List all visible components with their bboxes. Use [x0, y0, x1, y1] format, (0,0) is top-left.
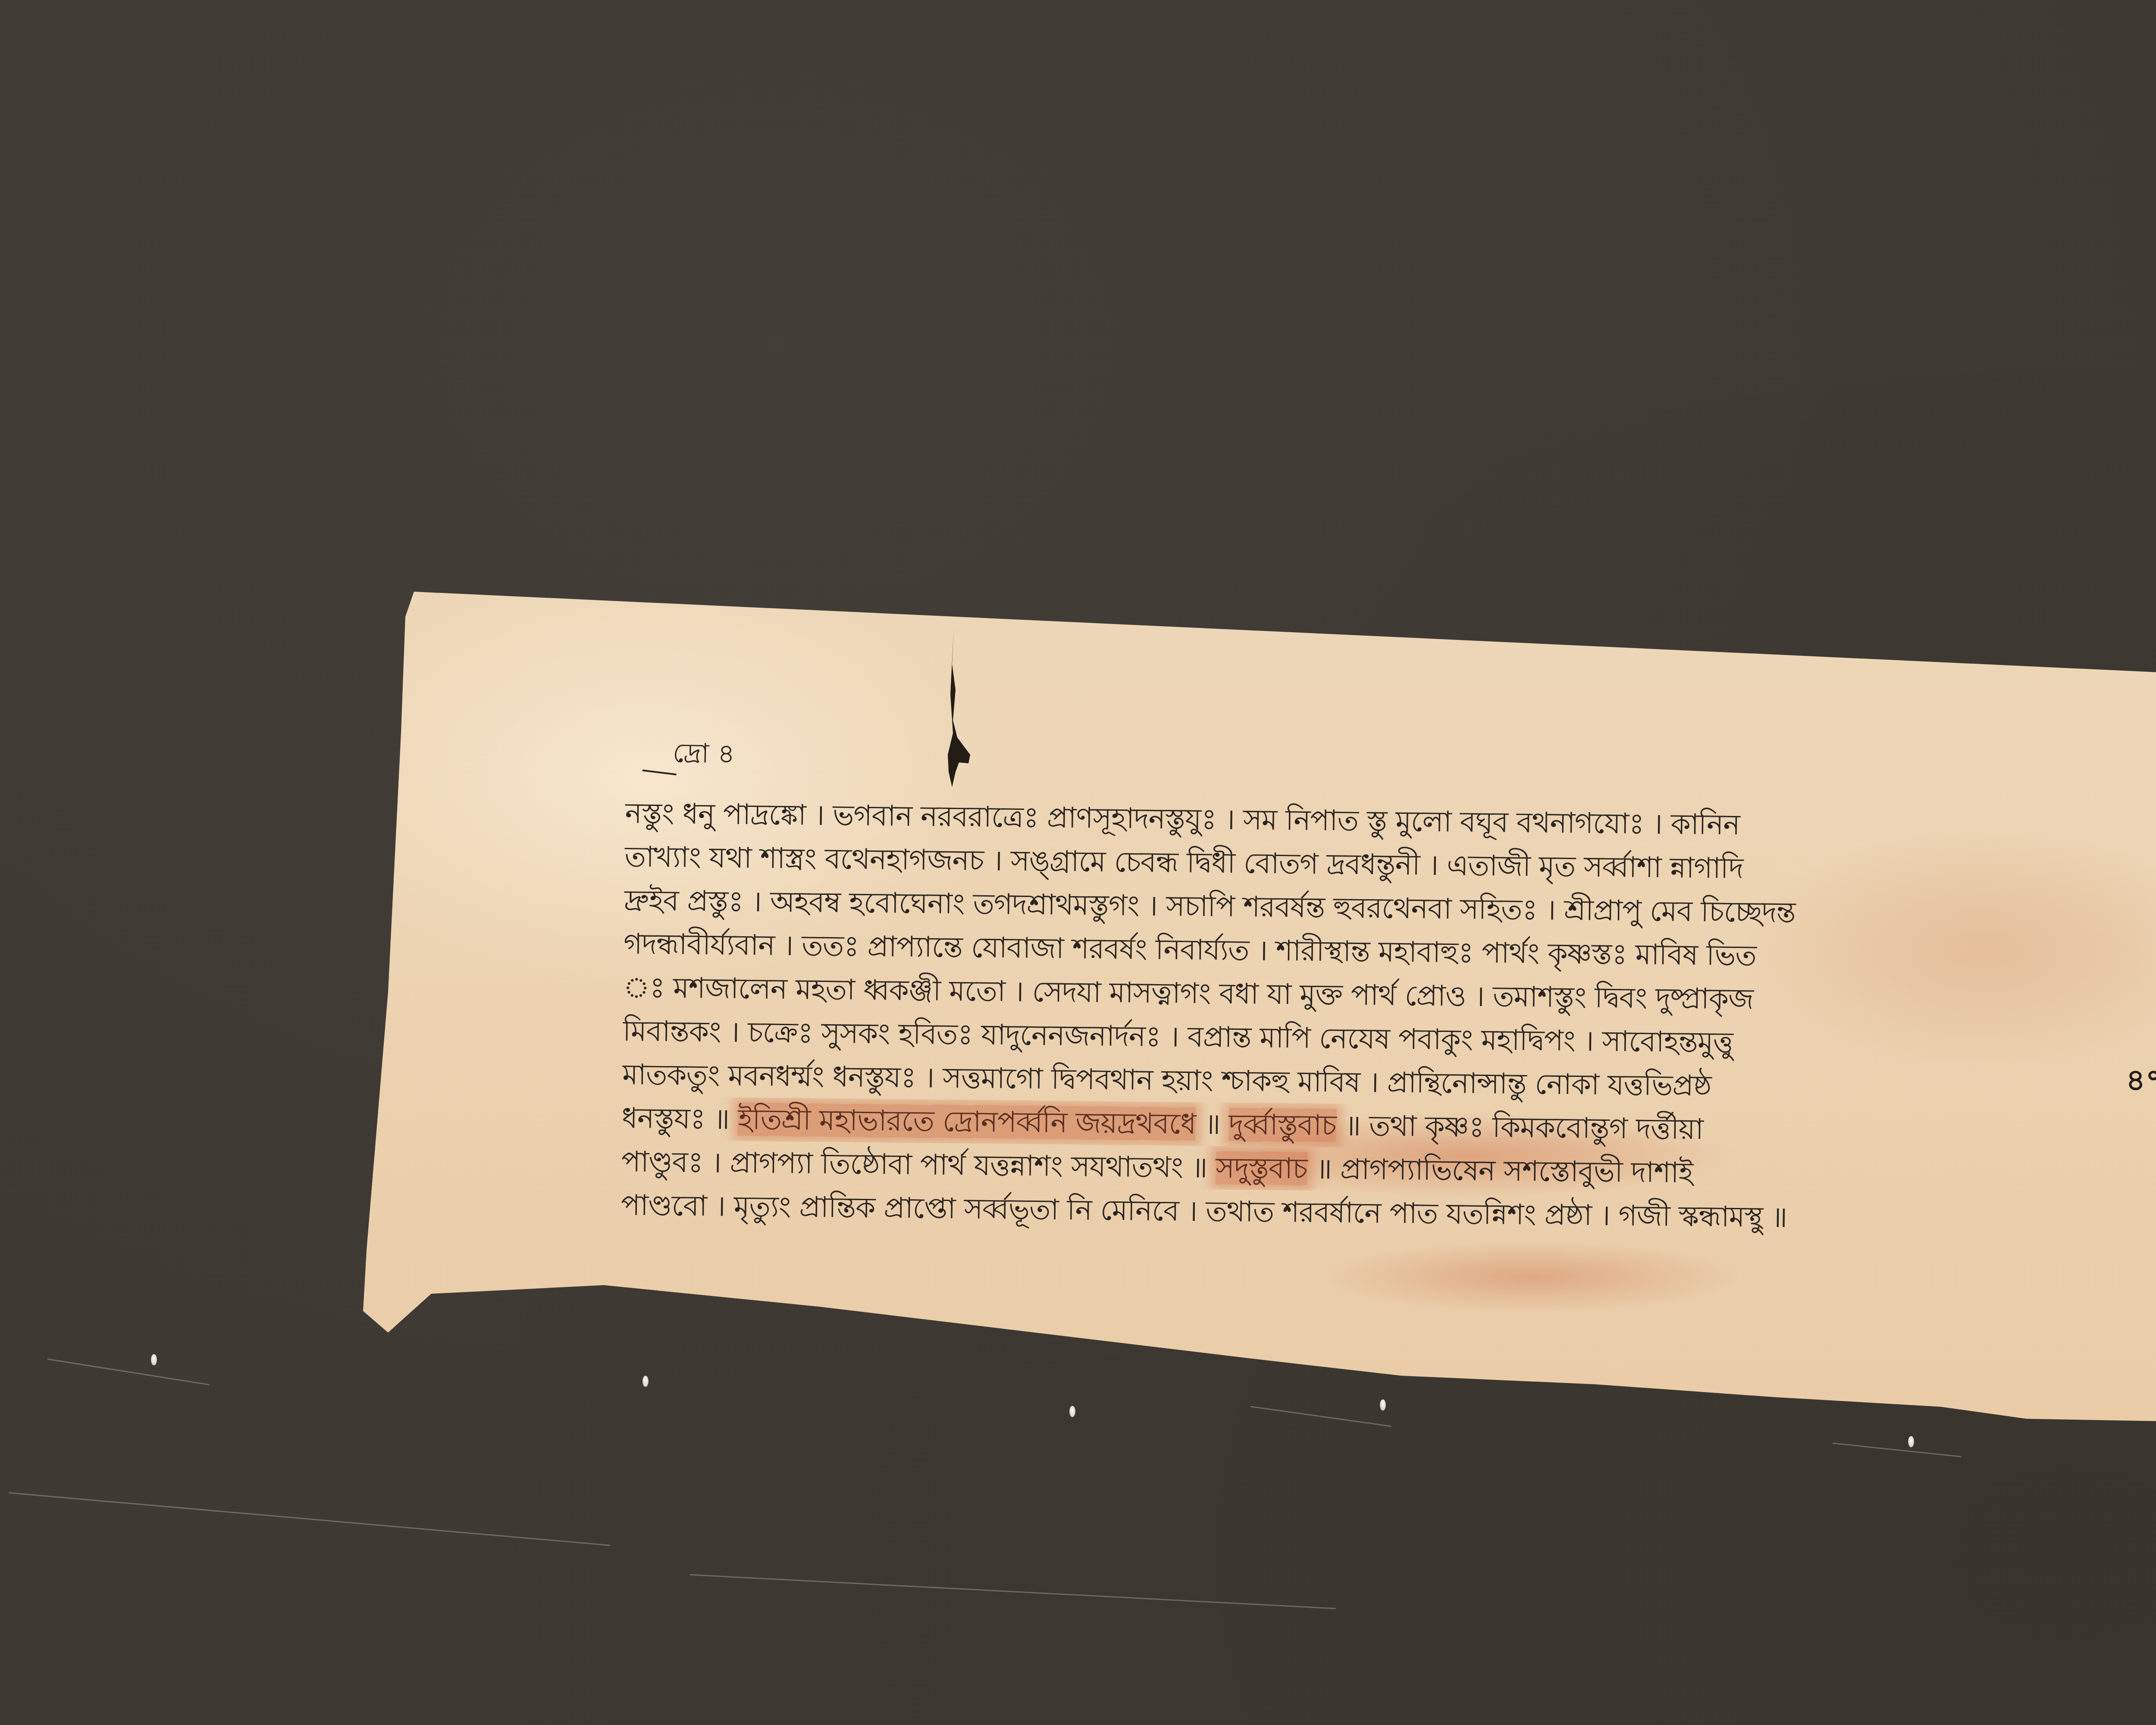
line-segment: তাখ্যাং যথা শাস্ত্রং বথেনহাগজনচ । সঙ্গ্র… [624, 840, 1743, 885]
line-segment: ॥ তথা কৃষ্ণঃ কিমকবোন্তুগ দর্ত্তীয়া [1336, 1109, 1703, 1146]
mounting-pin [1908, 1436, 1914, 1447]
rubric-speaker: দুর্ব্বাস্তুবাচ [1228, 1108, 1336, 1142]
mounting-pin [642, 1376, 649, 1387]
mount-thread [9, 1492, 610, 1546]
line-segment: ॥ প্রাগপ্যাভিষেন সশস্তোবুভী দাশাই [1307, 1152, 1693, 1189]
line-segment: ঃ মশজালেন মহতা ধ্বকঞ্জী মতো । সেদযা মাসত… [623, 971, 1754, 1016]
mount-thread [1833, 1443, 1962, 1457]
mount-thread [47, 1358, 210, 1385]
manuscript-text: নস্তুং ধনু পাদ্রঙ্কো । ভগবান নরবরাত্রেঃ … [620, 791, 2134, 1243]
paper-tear-mark [927, 625, 979, 789]
line-segment: ধনস্তুযঃ ॥ [622, 1101, 738, 1136]
rubric-colophon: ইতিশ্রী মহাভারতে দ্রোনপর্ব্বনি জয়দ্রথবধ… [738, 1103, 1196, 1141]
line-segment: নস্তুং ধনু পাদ্রঙ্কো । ভগবান নরবরাত্রেঃ … [625, 797, 1740, 841]
line-segment: গদন্ধাবীর্য্যবান । ততঃ প্রাপ্যান্তে যোবা… [624, 927, 1756, 972]
line-segment: পাণ্ডুবঃ । প্রাগপ্যা তিষ্ঠোবা পার্থ যত্ত… [621, 1145, 1216, 1184]
scene: দ্রো ৪ ৪৭ নস্তুং ধনু পাদ্রঙ্কো । ভগবান ন… [0, 0, 2156, 1725]
mount-thread [690, 1574, 1336, 1609]
mounting-pin [1069, 1406, 1075, 1417]
section-mark: দ্রো ৪ [672, 733, 735, 778]
line-segment: মাতকতুং মবনধর্ম্মং ধনস্তুযঃ । সত্তমাগো দ… [622, 1058, 1711, 1102]
line-segment: পাণ্ডবো । মৃত্যুং প্রান্তিক প্রাপ্তো সর্… [621, 1189, 1787, 1234]
line-segment: মিবান্তকং । চক্রেঃ সুসকং হবিতঃ যাদুনেনজন… [623, 1014, 1733, 1059]
mounting-pin [151, 1354, 157, 1365]
line-segment: ॥ [1196, 1107, 1229, 1141]
mounting-pin [1380, 1399, 1386, 1411]
line-segment: দ্রুইব প্রস্তুঃ । অহবম্ব হবোঘেনাং তগদশ্র… [624, 884, 1796, 929]
rubric-speaker: সদুস্তুবাচ [1216, 1151, 1307, 1185]
mount-thread [1250, 1406, 1391, 1427]
